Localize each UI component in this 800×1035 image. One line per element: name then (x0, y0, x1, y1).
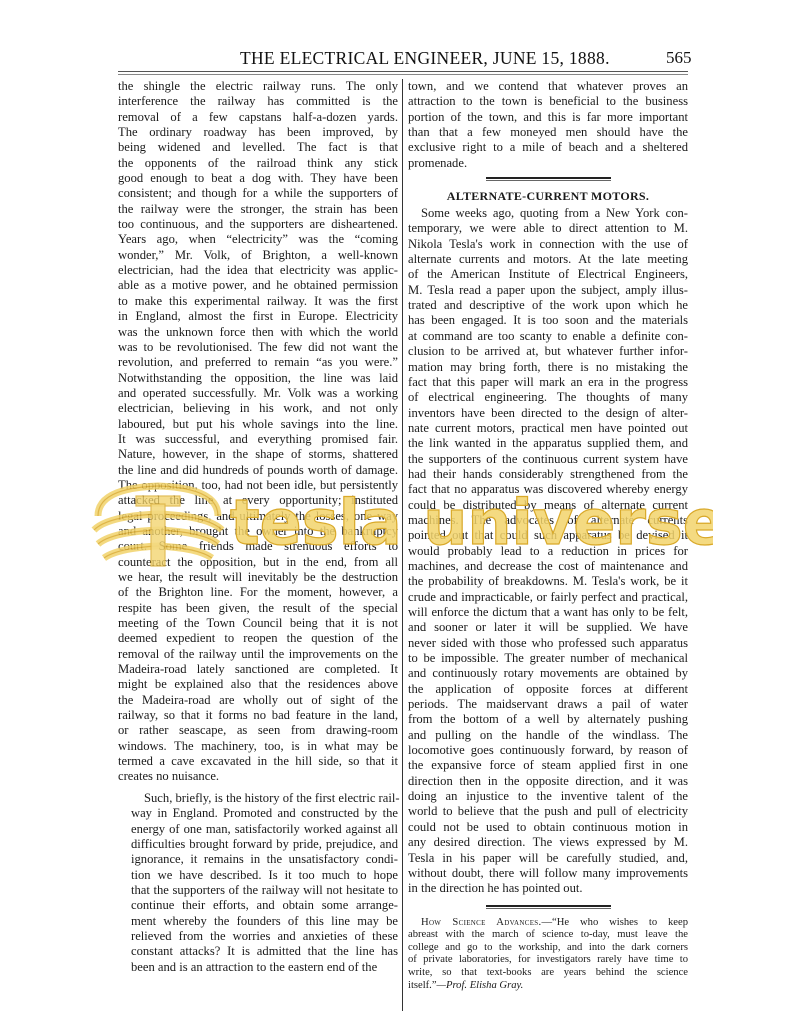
text-line: periods. The maidservant draws a pail of… (408, 697, 688, 712)
text-line: than that a few moneyed men should have … (408, 125, 688, 140)
text-line: in England, almost the first in Europe. … (118, 309, 398, 324)
text-line: removal of a few capstans half-a-dozen y… (118, 110, 398, 125)
text-line: Nikola Tesla's work in connection with t… (408, 237, 688, 252)
page-number: 565 (666, 48, 692, 68)
newspaper-page: THE ELECTRICAL ENGINEER, JUNE 15, 1888. … (0, 0, 800, 1035)
text-line: creates no nuisance. (118, 769, 398, 784)
note-text: itself.” (408, 980, 437, 991)
text-line: continue their efforts, and obtain some … (118, 898, 398, 913)
note-separator-rule (486, 905, 611, 909)
text-line: railway, so that it forms no bad feature… (118, 708, 398, 723)
note-line: write, so that text-books are years behi… (408, 967, 688, 980)
text-line: temporary, we were able to direct attent… (408, 221, 688, 236)
article-body: Some weeks ago, quoting from a New York … (408, 206, 688, 896)
column-divider (402, 79, 403, 1011)
text-line: The ordinary roadway has been improved, … (118, 125, 398, 140)
header-double-rule (118, 71, 688, 75)
text-line: and pulling on the handle of the windlas… (408, 728, 688, 743)
text-line: alternate currents and motors. At the la… (408, 252, 688, 267)
note-first-text: —“He who wishes to keep (541, 917, 688, 928)
text-line: able as a motive power, and he obtained … (118, 278, 398, 293)
article-heading: ALTERNATE-CURRENT MOTORS. (408, 189, 688, 204)
text-line: of the Brighton line. For the moment, ho… (118, 585, 398, 600)
text-line: had their hands considerably strengthene… (408, 467, 688, 482)
text-line: clusion to be arrived at, but whatever f… (408, 344, 688, 359)
text-line: Such, briefly, is the history of the fir… (118, 791, 398, 806)
text-line: promenade. (408, 156, 688, 171)
text-line: energy of one man, satisfactorily worked… (118, 822, 398, 837)
text-line: the link wanted in the apparatus supplie… (408, 436, 688, 451)
text-line: exclusive right to a mile of beach and a… (408, 140, 688, 155)
text-line: court. Some friends made strenuous effor… (118, 539, 398, 554)
text-line: and continuously rotary movements are ob… (408, 666, 688, 681)
left-column: the shingle the electric railway runs. T… (118, 79, 398, 975)
text-line: removal of the railway until the improve… (118, 647, 398, 662)
text-line: machines. The advocates of alternate cur… (408, 513, 688, 528)
left-paragraph-1: the shingle the electric railway runs. T… (118, 79, 398, 785)
text-line: trated and descriptive of the work upon … (408, 298, 688, 313)
text-line: from the bottom of a well by alternately… (408, 712, 688, 727)
text-line: was to be revolutionised. The few did no… (118, 340, 398, 355)
right-paragraph-1: town, and we contend that whatever prove… (408, 79, 688, 171)
text-line: was the unknown force then with which th… (118, 325, 398, 340)
text-line: being widened and levelled. The fact is … (118, 140, 398, 155)
text-line: world to believe that the push and pull … (408, 804, 688, 819)
text-line: might be explained also that the residen… (118, 677, 398, 692)
text-line: of the American Institute of Electrical … (408, 267, 688, 282)
text-line: attraction to the town is beneficial to … (408, 94, 688, 109)
text-line: doing an injustice to the inventive tale… (408, 789, 688, 804)
text-line: without doubt, there will follow many im… (408, 866, 688, 881)
text-line: the supporters of the continuous current… (408, 452, 688, 467)
text-line: fact that no apparatus was discovered wh… (408, 482, 688, 497)
text-line: the railway were the stronger, the strai… (118, 202, 398, 217)
text-line: relieved from the worries and anxieties … (118, 929, 398, 944)
text-line: to make this experimental railway. It wa… (118, 294, 398, 309)
text-line: electrician, believing in his work, and … (118, 401, 398, 416)
text-line: attacked the line at every opportunity; … (118, 493, 398, 508)
text-line: fact that this paper will mark an era in… (408, 375, 688, 390)
text-line: will enforce the dictum that a want has … (408, 605, 688, 620)
note-line: itself.”—Prof. Elisha Gray. (408, 980, 688, 993)
text-line: and another, brought the owner into the … (118, 524, 398, 539)
text-line: been and is an attraction to the eastern… (118, 960, 398, 975)
text-line: laboured, but put his whole savings into… (118, 417, 398, 432)
text-line: deemed expedient to reopen the question … (118, 631, 398, 646)
note-first-line: How Science Advances.—“He who wishes to … (408, 917, 688, 930)
text-line: in the direction he has pointed out. (408, 881, 688, 896)
text-line: meeting of the Town Council being that i… (118, 616, 398, 631)
text-line: or rather seascape, as seen from drawing… (118, 723, 398, 738)
text-line: wonder,” Mr. Volk, of Brighton, a well-k… (118, 248, 398, 263)
text-line: Nature, however, in the shape of storms,… (118, 447, 398, 462)
text-line: interference the railway has committed i… (118, 94, 398, 109)
note-line: college and go to the workship, and into… (408, 942, 688, 955)
page-header-title: THE ELECTRICAL ENGINEER, JUNE 15, 1888. (240, 48, 610, 69)
text-line: would probably lead to a reduction in pr… (408, 544, 688, 559)
text-line: that the supporters of the railway will … (118, 883, 398, 898)
text-line: too continuous, and the supporters are d… (118, 217, 398, 232)
text-line: the application of opposite forces at di… (408, 682, 688, 697)
note-attribution: —Prof. Elisha Gray. (437, 980, 524, 991)
text-line: never sided with those who professed suc… (408, 636, 688, 651)
text-line: the opponents of the railroad think any … (118, 156, 398, 171)
text-line: termed a cave excavated in the hill side… (118, 754, 398, 769)
text-line: inventors have been directed to the desi… (408, 406, 688, 421)
text-line: Tesla in his paper will be carefully stu… (408, 851, 688, 866)
text-line: good enough to beat a dog with. They hav… (118, 171, 398, 186)
text-line: portion of the town, and this is far mor… (408, 110, 688, 125)
text-line: of electrical engineering. The thoughts … (408, 390, 688, 405)
text-line: tion we have described. Is it too much t… (118, 868, 398, 883)
text-line: and operated successfully. Mr. Volk was … (118, 386, 398, 401)
text-line: The opposition, too, had not been idle, … (118, 478, 398, 493)
text-line: any desired direction. The views express… (408, 835, 688, 850)
text-line: counteract the opposition, but in the en… (118, 555, 398, 570)
text-line: the Madeira-road are wholly out of sight… (118, 693, 398, 708)
science-note: How Science Advances.—“He who wishes to … (408, 917, 688, 993)
text-line: to be impossible. The greater number of … (408, 651, 688, 666)
text-line: Years ago, when “electricity” was the “c… (118, 232, 398, 247)
text-line: the line and did hundreds of pounds wort… (118, 463, 398, 478)
text-line: difficulties brought forward by pride, p… (118, 837, 398, 852)
text-line: ignorance, it remains in the unsatisfact… (118, 852, 398, 867)
text-line: has been engaged. It is too soon and the… (408, 313, 688, 328)
text-line: mation may bring forth, there is no mist… (408, 360, 688, 375)
text-line: could be distributed by means of alterna… (408, 498, 688, 513)
text-line: ment whereby the founders of this line m… (118, 914, 398, 929)
text-line: consistent; and though for a while the s… (118, 186, 398, 201)
note-heading: How Science Advances. (421, 917, 541, 928)
text-line: locomotive goes continuously forward, by… (408, 743, 688, 758)
text-line: we hear, the result will inevitably be t… (118, 570, 398, 585)
text-line: Notwithstanding the opposition, the line… (118, 371, 398, 386)
text-line: the probability of breakdowns. M. Tesla'… (408, 574, 688, 589)
text-line: machines, and decrease the cost of maint… (408, 559, 688, 574)
text-line: the expansive force of steam applied fir… (408, 758, 688, 773)
text-line: could not be used to obtain continuous m… (408, 820, 688, 835)
text-line: constant attacks? It is admitted that th… (118, 944, 398, 959)
text-line: Madeira-road lately sanctioned are compl… (118, 662, 398, 677)
text-line: nate current motors, practical men have … (408, 421, 688, 436)
text-line: Some weeks ago, quoting from a New York … (408, 206, 688, 221)
text-line: crude and impracticable, or fairly perfe… (408, 590, 688, 605)
text-line: town, and we contend that whatever prove… (408, 79, 688, 94)
text-line: electrician, had the idea that electrici… (118, 263, 398, 278)
text-line: M. Tesla read a paper upon the subject, … (408, 283, 688, 298)
text-line: the shingle the electric railway runs. T… (118, 79, 398, 94)
text-line: windows. The machinery, too, is in what … (118, 739, 398, 754)
text-line: direction then in the opposite direction… (408, 774, 688, 789)
text-line: legal proceedings, and ultimately the lo… (118, 509, 398, 524)
section-separator-rule (486, 177, 611, 181)
text-line: revolution, and preferred to remain “as … (118, 355, 398, 370)
text-line: and sooner or later it will be supplied.… (408, 620, 688, 635)
note-line: abreast with the march of science to-day… (408, 929, 688, 942)
text-line: pointed out that could such apparatus be… (408, 528, 688, 543)
text-line: respite has been given, the result of th… (118, 601, 398, 616)
text-line: It was successful, and everything promis… (118, 432, 398, 447)
right-column: town, and we contend that whatever prove… (408, 79, 688, 992)
text-line: way in England. Promoted and constructed… (118, 806, 398, 821)
note-line: of private laboratories, for investigato… (408, 954, 688, 967)
left-paragraph-2: Such, briefly, is the history of the fir… (118, 791, 398, 975)
text-line: at command are too scanty to enable a de… (408, 329, 688, 344)
